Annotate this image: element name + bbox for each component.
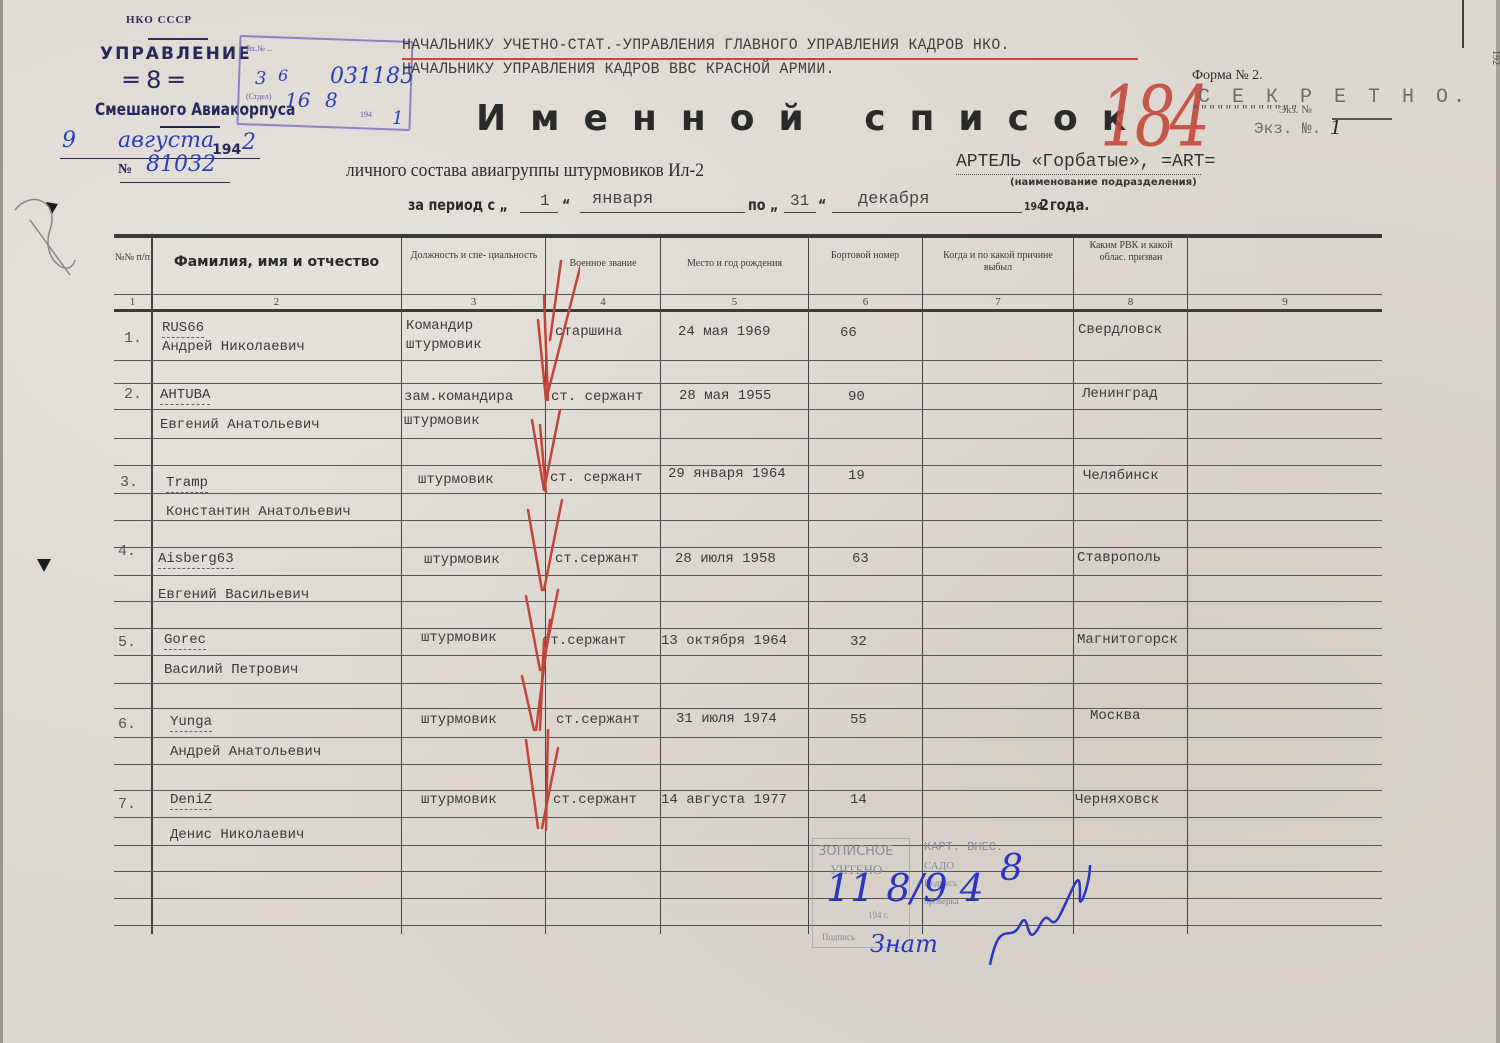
header-num: №№ п/п <box>114 252 151 264</box>
row-line <box>114 360 1382 361</box>
header-departed: Когда и по какой причине выбыл <box>934 250 1062 274</box>
header-fio: Фамилия, имя и отчество <box>152 256 401 268</box>
stamp-year: 194 г. <box>868 910 889 920</box>
addressee-2: НАЧАЛЬНИКУ УПРАВЛЕНИЯ КАДРОВ ВВС КРАСНОЙ… <box>402 60 835 78</box>
row-line <box>114 655 1382 656</box>
outgoing-no-label: № <box>118 162 132 178</box>
receipt-stamp-year: 194 <box>360 110 372 119</box>
birth: 28 июля 1958 <box>675 551 776 567</box>
colnum: 6 <box>809 296 922 308</box>
row-line <box>114 737 1382 738</box>
underline <box>784 212 816 213</box>
period-quote: “ <box>562 196 570 214</box>
punch-hole <box>36 556 52 574</box>
birth: 24 мая 1969 <box>678 324 770 340</box>
sender-date-month: августа <box>118 128 214 153</box>
period-from-day: 1 <box>540 192 550 210</box>
birth: 14 августа 1977 <box>661 792 787 808</box>
full-name: Денис Николаевич <box>170 827 304 843</box>
header-tail-number: Бортовой номер <box>820 250 910 262</box>
period-year-typed: 2 <box>1040 196 1049 214</box>
draft-office: Черняховск <box>1075 792 1159 808</box>
tail-number: 19 <box>848 468 865 484</box>
unit-underline <box>956 174 1201 175</box>
birth: 28 мая 1955 <box>679 388 771 404</box>
sender-number: ═ 8 ═ <box>124 66 183 94</box>
position: штурмовик <box>421 712 497 728</box>
subtitle: личного состава авиагруппы штурмовиков И… <box>346 160 704 182</box>
signature-left: Знат <box>870 930 938 958</box>
period-to-month: декабря <box>858 190 929 209</box>
stamp-title: ЗОПИСНОЕ <box>818 844 893 859</box>
underline <box>832 212 1022 213</box>
stamp-sign: Подпись <box>822 932 855 942</box>
position: Командир <box>406 318 473 334</box>
colnum: 9 <box>1188 296 1382 308</box>
row-line <box>114 575 1382 576</box>
row-number: 7. <box>118 796 136 813</box>
outgoing-no-value: 81032 <box>146 152 216 177</box>
signature-right <box>980 855 1100 975</box>
underline <box>580 212 745 213</box>
header-rvk: Каким РВК и какой облас. призван <box>1086 240 1176 264</box>
colnum-rule <box>114 309 1382 312</box>
position-line2: штурмовик <box>404 413 480 429</box>
callsign: Aisberg63 <box>158 551 234 569</box>
edge-mark <box>1462 0 1464 48</box>
colnum: 5 <box>661 296 808 308</box>
copy-label-stamped: Экз. №. <box>1254 120 1321 138</box>
draft-office: Магнитогорск <box>1077 632 1178 648</box>
position: штурмовик <box>424 552 500 568</box>
table-top-rule <box>114 234 1382 238</box>
row-number: 2. <box>124 386 142 403</box>
col-divider <box>922 238 923 934</box>
period-quote: “ <box>818 196 826 214</box>
sender-directorate: УПРАВЛЕНИЕ <box>100 44 252 64</box>
draft-office: Москва <box>1090 708 1140 724</box>
row-number: 4. <box>118 543 136 560</box>
receipt-stamp-mark: 1 <box>392 108 403 129</box>
row-line <box>114 383 1382 384</box>
full-name: Константин Анатольевич <box>166 504 351 520</box>
sender-date-year-written: 2 <box>242 130 256 155</box>
row-line <box>114 493 1382 494</box>
copy-line <box>1332 118 1392 120</box>
row-line <box>114 683 1382 684</box>
callsign: Gorec <box>164 632 206 650</box>
birth: 13 октября 1964 <box>661 633 787 649</box>
col-divider <box>151 238 153 934</box>
colnum: 7 <box>923 296 1073 308</box>
row-line <box>114 628 1382 629</box>
draft-office: Ставрополь <box>1077 550 1161 566</box>
header-birth: Место и год рождения <box>661 258 808 270</box>
unit-name: АРТЕЛЬ «Горбатые», =ART= <box>956 152 1215 172</box>
callsign: DeniZ <box>170 792 212 810</box>
tail-number: 63 <box>852 551 869 567</box>
receipt-stamp-label: Вх.№ ... <box>246 44 273 53</box>
handwritten-note: 11 8/9 4 <box>826 866 984 910</box>
row-line <box>114 845 1382 846</box>
document-title: Именной список <box>476 98 1150 139</box>
callsign: AHTUBA <box>160 387 210 405</box>
copy-label-printed: Экз. № <box>1279 104 1312 116</box>
page-edge-right <box>1496 0 1500 1043</box>
pencil-mark <box>10 190 80 295</box>
stamp2-title: КАРТ. ВНЕС. <box>924 840 1003 854</box>
row-line <box>114 708 1382 709</box>
row-line <box>114 764 1382 765</box>
period-suffix: года. <box>1050 196 1089 214</box>
position: штурмовик <box>421 630 497 646</box>
underline <box>520 212 558 213</box>
row-line <box>114 438 1382 439</box>
col-divider <box>1073 238 1074 934</box>
full-name: Василий Петрович <box>164 662 298 678</box>
draft-office: Свердловск <box>1078 322 1162 338</box>
form-label: Форма № 2. <box>1192 68 1263 84</box>
addressee-1: НАЧАЛЬНИКУ УЧЕТНО-СТАТ.-УПРАВЛЕНИЯ ГЛАВН… <box>402 36 1010 54</box>
full-name: Евгений Васильевич <box>158 587 309 603</box>
colnum: 1 <box>114 296 151 308</box>
red-check-marks <box>500 260 580 840</box>
receipt-stamp-month: 8 <box>325 88 338 112</box>
birth: 31 июля 1974 <box>676 711 777 727</box>
copy-number: 1 <box>1330 114 1341 140</box>
row-number: 5. <box>118 634 136 651</box>
position: штурмовик <box>421 792 497 808</box>
full-name: Андрей Анатольевич <box>170 744 321 760</box>
divider <box>148 38 208 40</box>
position: зам.командира <box>404 389 513 405</box>
no-underline <box>120 182 230 183</box>
period-from-month: января <box>592 190 653 209</box>
receipt-stamp-sub: (Стдел) <box>246 92 272 101</box>
page-edge-left <box>0 0 3 1043</box>
edge-number: 192 <box>1490 50 1500 65</box>
position-line2: штурмовик <box>406 337 482 353</box>
row-line <box>114 520 1382 521</box>
row-number: 6. <box>118 716 136 733</box>
row-line <box>114 409 1382 410</box>
full-name: Евгений Анатольевич <box>160 417 320 433</box>
receipt-stamp-day: 16 <box>285 88 310 112</box>
row-line <box>114 547 1382 548</box>
col-divider <box>660 238 661 934</box>
full-name: Андрей Николаевич <box>162 339 305 355</box>
colnum: 2 <box>152 296 401 308</box>
header-rule <box>114 294 1382 295</box>
col-divider <box>808 238 809 934</box>
tail-number: 66 <box>840 325 857 341</box>
callsign: Yunga <box>170 714 212 732</box>
row-line <box>114 790 1382 791</box>
callsign: RUS66 <box>162 320 204 338</box>
tail-number: 90 <box>848 389 865 405</box>
row-line <box>114 898 1382 899</box>
col-divider <box>401 238 402 934</box>
row-line <box>114 817 1382 818</box>
unit-caption: (наименование подразделения) <box>1010 177 1197 188</box>
tail-number: 32 <box>850 634 867 650</box>
period-from-label: за период с „ <box>408 196 508 214</box>
row-line <box>114 925 1382 926</box>
receipt-stamp-n1: 3 <box>255 68 266 89</box>
callsign: Tramp <box>166 475 208 493</box>
receipt-stamp-n2: 6 <box>278 66 288 85</box>
colnum: 8 <box>1074 296 1187 308</box>
col-divider <box>1187 238 1188 934</box>
row-number: 1. <box>124 330 142 347</box>
row-line <box>114 871 1382 872</box>
sender-date-year: 194 <box>212 142 241 158</box>
period-to-label: по „ <box>748 196 778 214</box>
draft-office: Ленинград <box>1082 386 1158 402</box>
row-number: 3. <box>120 474 138 491</box>
sender-date-day: 9 <box>62 128 76 153</box>
tail-number: 14 <box>850 792 867 808</box>
position: штурмовик <box>418 472 494 488</box>
period-to-day: 31 <box>790 192 809 210</box>
birth: 29 января 1964 <box>668 466 786 482</box>
sender-org: НКО СССР <box>126 14 192 26</box>
tail-number: 55 <box>850 712 867 728</box>
draft-office: Челябинск <box>1083 468 1159 484</box>
